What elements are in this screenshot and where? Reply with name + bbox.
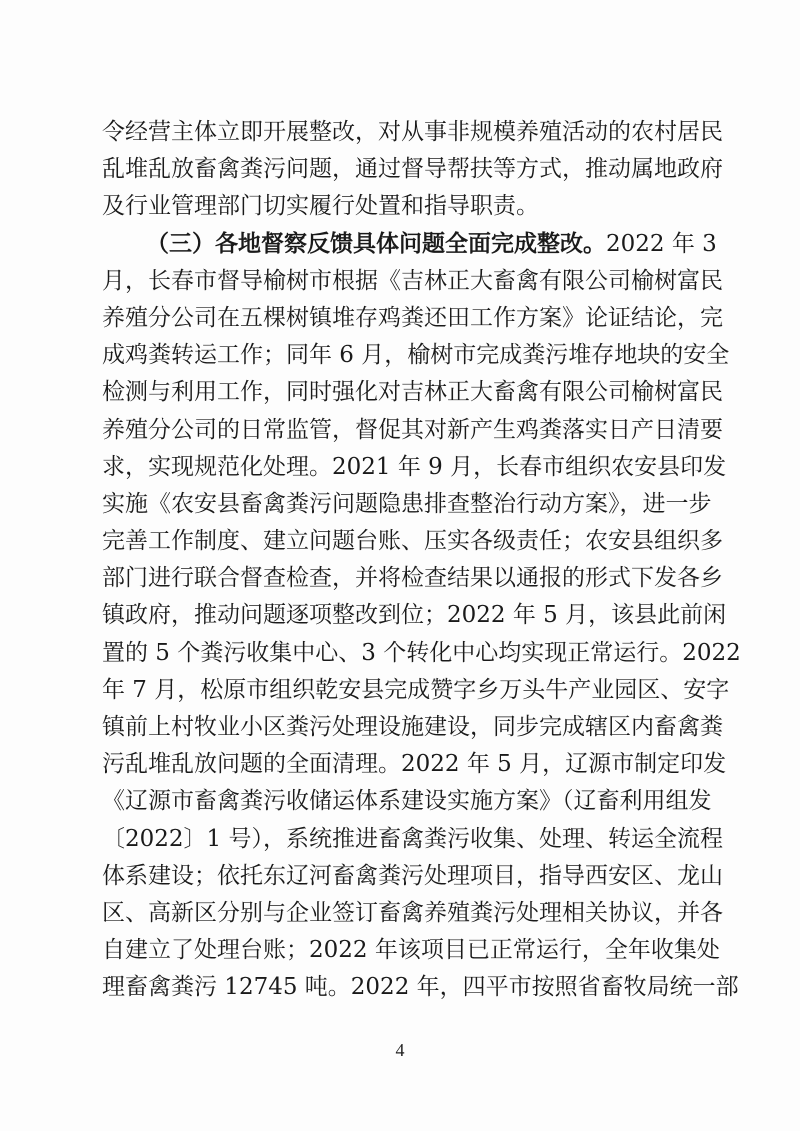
text-line: 实施《农安县畜禽粪污问题隐患排查整治行动方案》，进一步 xyxy=(102,486,692,523)
body-text: 令经营主体立即开展整改，对从事非规模养殖活动的农村居民 乱堆乱放畜禽粪污问题，通… xyxy=(102,114,692,1007)
text-line: 镇前上村牧业小区粪污处理设施建设，同步完成辖区内畜禽粪 xyxy=(102,709,692,746)
text-line: 养殖分公司在五棵树镇堆存鸡粪还田工作方案》论证结论，完 xyxy=(102,300,692,337)
text-line: 成鸡粪转运工作；同年 6 月，榆树市完成粪污堆存地块的安全 xyxy=(102,337,692,374)
text-line: 检测与利用工作，同时强化对吉林正大畜禽有限公司榆树富民 xyxy=(102,374,692,411)
page-number: 4 xyxy=(0,1040,800,1061)
text-line: 置的 5 个粪污收集中心、3 个转化中心均实现正常运行。2022 xyxy=(102,635,692,672)
text-line: 乱堆乱放畜禽粪污问题，通过督导帮扶等方式，推动属地政府 xyxy=(102,151,692,188)
text-line: 体系建设；依托东辽河畜禽粪污处理项目，指导西安区、龙山 xyxy=(102,858,692,895)
text-line: 镇政府，推动问题逐项整改到位；2022 年 5 月，该县此前闲 xyxy=(102,597,692,634)
text-line: 完善工作制度、建立问题台账、压实各级责任；农安县组织多 xyxy=(102,523,692,560)
document-page: 令经营主体立即开展整改，对从事非规模养殖活动的农村居民 乱堆乱放畜禽粪污问题，通… xyxy=(0,0,800,1131)
text-line: 自建立了处理台账；2022 年该项目已正常运行，全年收集处 xyxy=(102,932,692,969)
text-line: 部门进行联合督查检查，并将检查结果以通报的形式下发各乡 xyxy=(102,560,692,597)
text-line: 区、高新区分别与企业签订畜禽养殖粪污处理相关协议，并各 xyxy=(102,895,692,932)
text-line: 月，长春市督导榆树市根据《吉林正大畜禽有限公司榆树富民 xyxy=(102,263,692,300)
text-line: 〔2022〕1 号），系统推进畜禽粪污收集、处理、转运全流程 xyxy=(102,821,692,858)
section-heading: （三）各地督察反馈具体问题全面完成整改。 xyxy=(146,231,606,257)
text-span: 2022 年 3 xyxy=(606,231,717,257)
text-line: 令经营主体立即开展整改，对从事非规模养殖活动的农村居民 xyxy=(102,114,692,151)
text-line: 理畜禽粪污 12745 吨。2022 年，四平市按照省畜牧局统一部 xyxy=(102,969,692,1006)
text-line: 年 7 月，松原市组织乾安县完成赞字乡万头牛产业园区、安字 xyxy=(102,672,692,709)
text-line: 养殖分公司的日常监管，督促其对新产生鸡粪落实日产日清要 xyxy=(102,412,692,449)
section-heading-line: （三）各地督察反馈具体问题全面完成整改。2022 年 3 xyxy=(102,226,692,263)
text-line: 《辽源市畜禽粪污收储运体系建设实施方案》（辽畜利用组发 xyxy=(102,783,692,820)
text-line: 及行业管理部门切实履行处置和指导职责。 xyxy=(102,188,692,225)
text-line: 污乱堆乱放问题的全面清理。2022 年 5 月，辽源市制定印发 xyxy=(102,746,692,783)
text-line: 求，实现规范化处理。2021 年 9 月，长春市组织农安县印发 xyxy=(102,449,692,486)
